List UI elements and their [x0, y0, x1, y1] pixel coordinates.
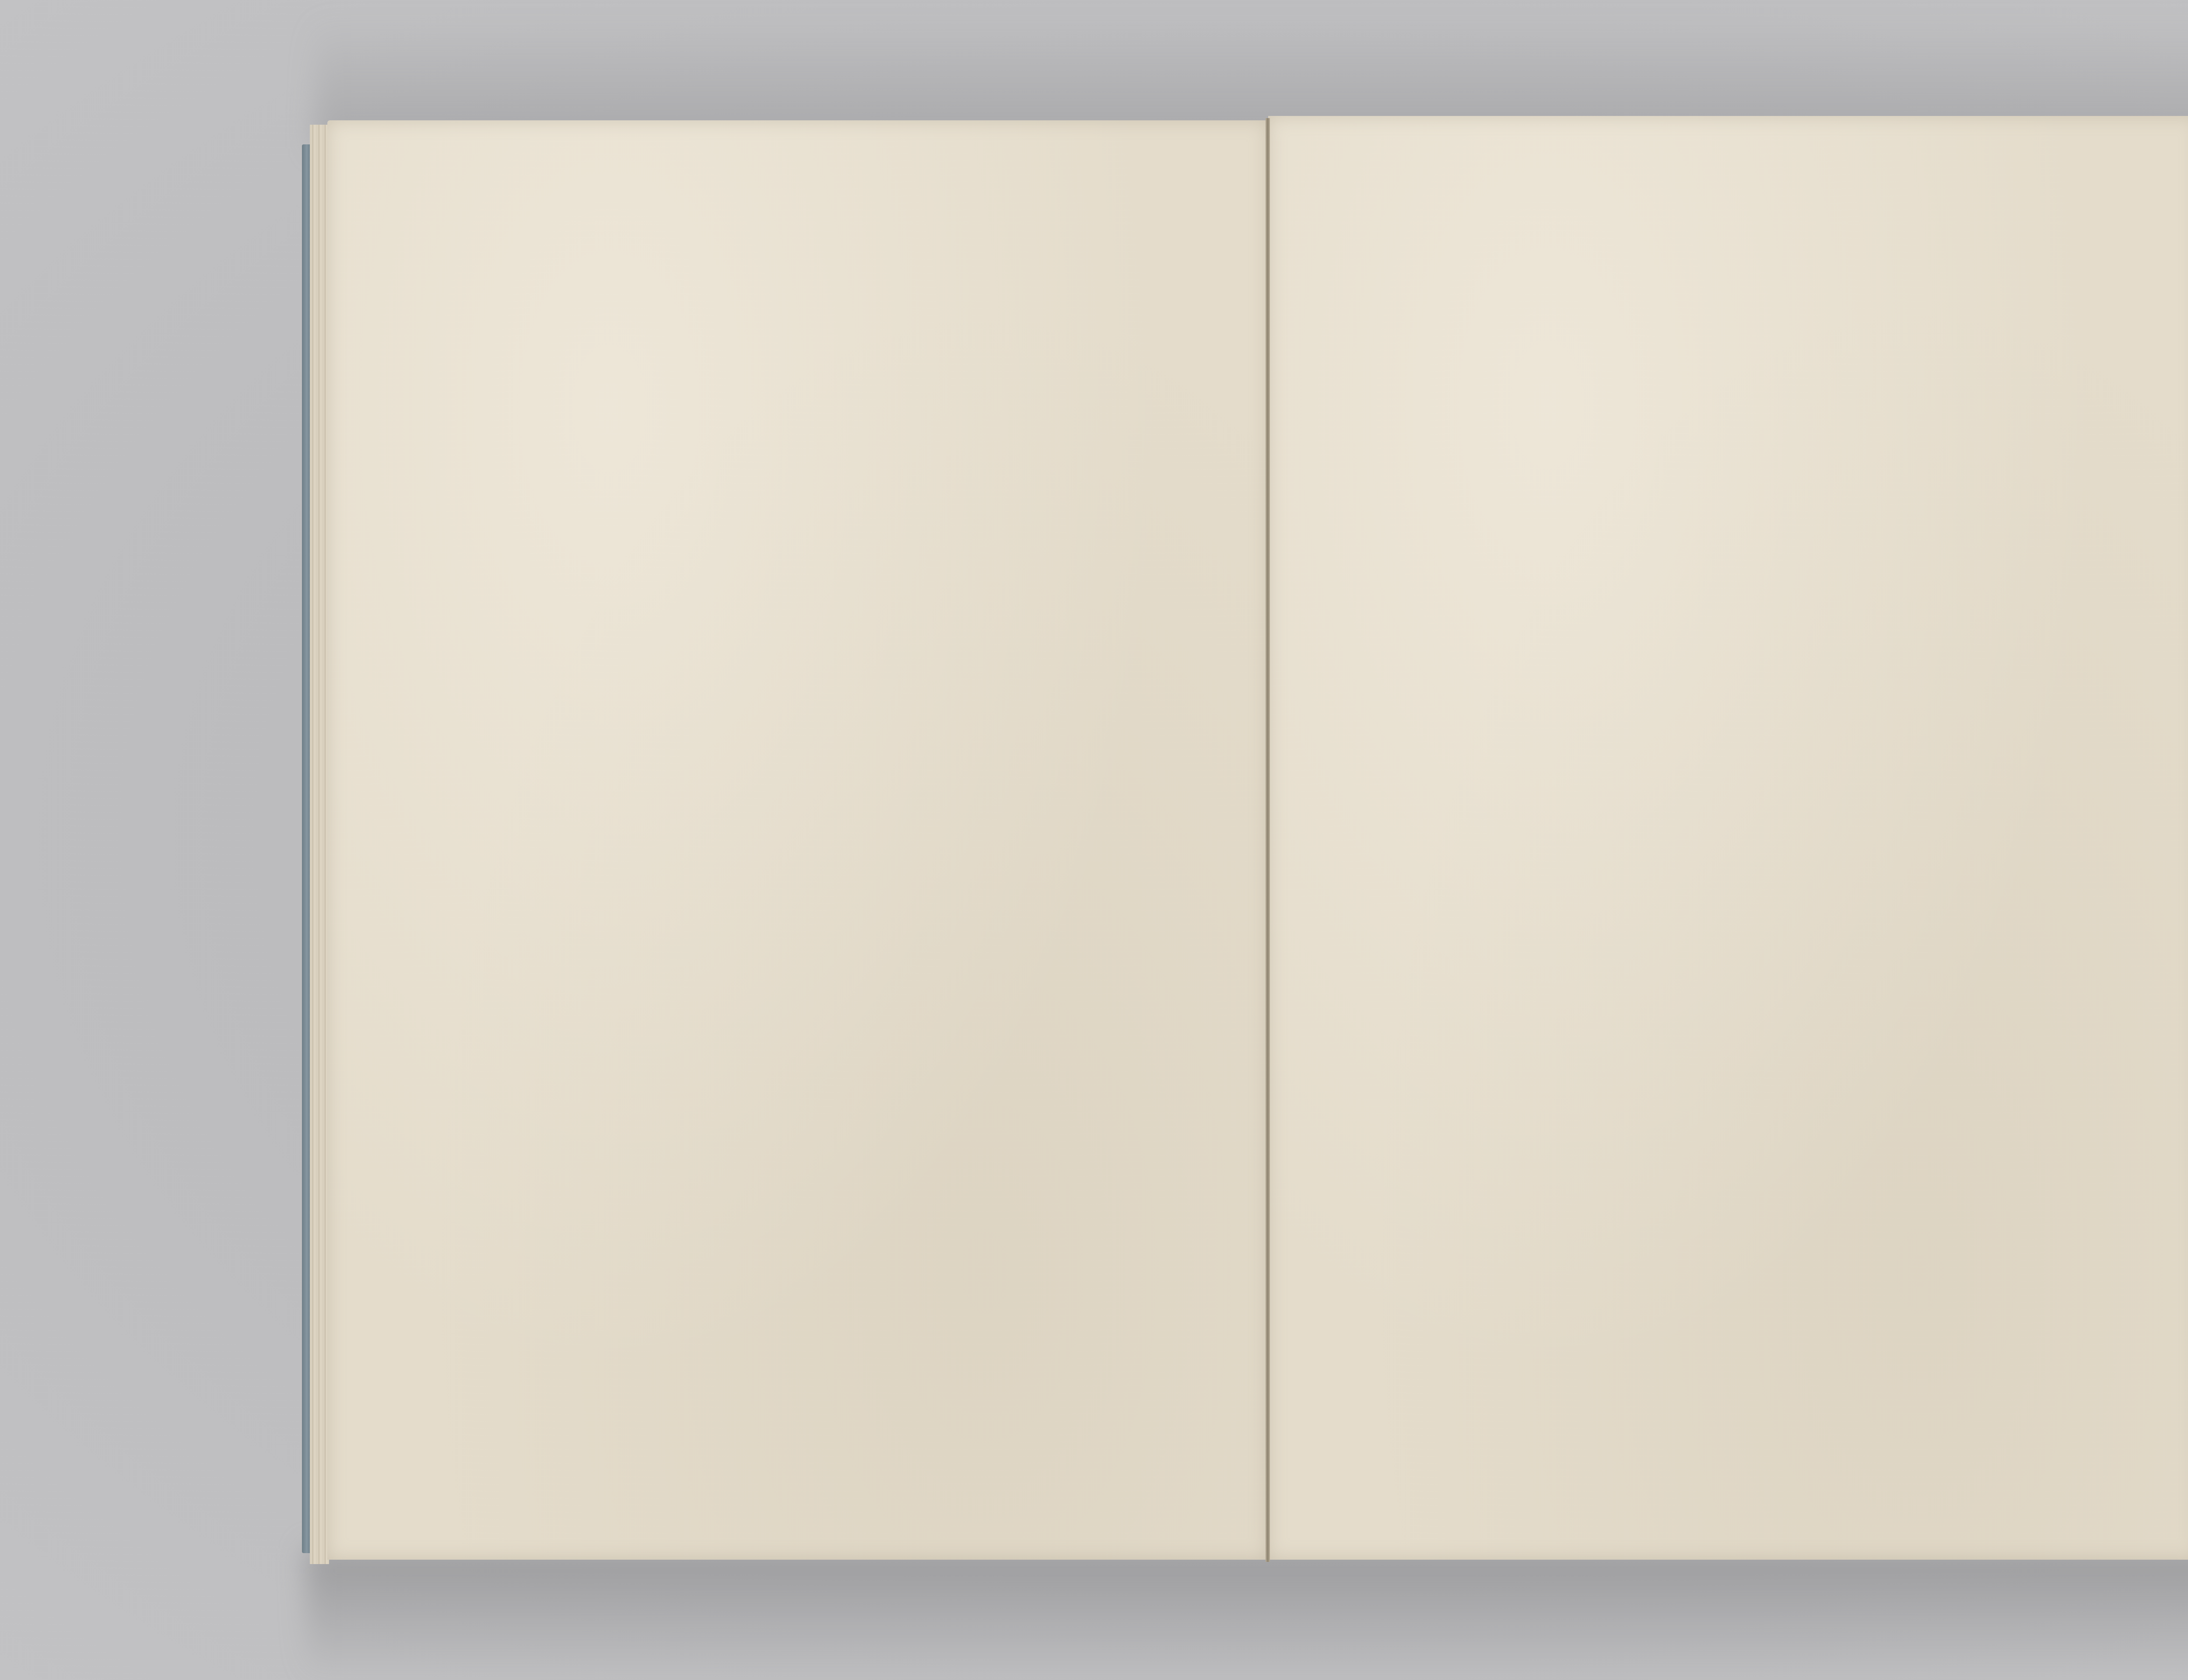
book-gutter	[1266, 118, 1270, 1562]
right-page	[1268, 116, 2188, 1560]
left-page	[327, 120, 1267, 1560]
page-stack-left	[310, 125, 329, 1564]
book-shadow-bottom	[306, 1549, 2188, 1680]
